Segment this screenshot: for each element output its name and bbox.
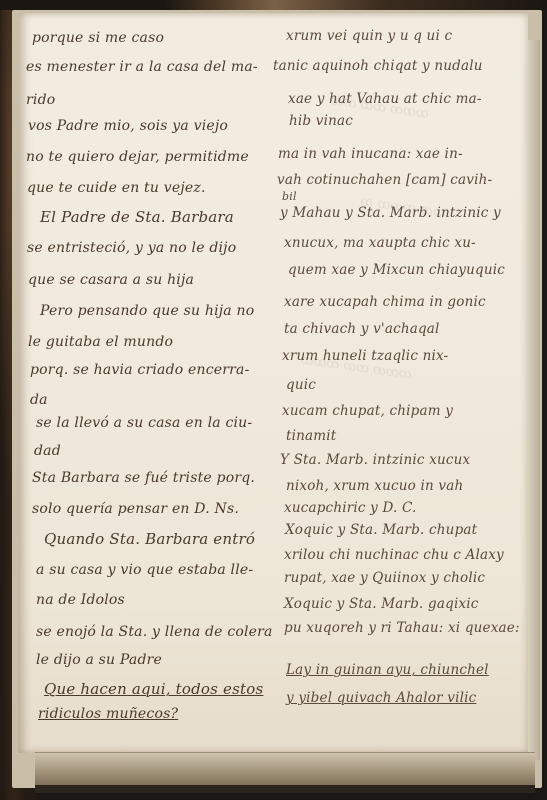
right-line: rupat, xae y Quiinox y cholic	[284, 570, 485, 586]
right-line: Y Sta. Marb. intzinic xucux	[280, 452, 470, 468]
right-line: tanic aquinoh chiqat y nudalu	[273, 58, 483, 74]
left-line: a su casa y vio que estaba lle-	[36, 562, 253, 578]
left-line: solo quería pensar en D. Ns.	[32, 501, 239, 517]
left-line: rido	[26, 92, 55, 108]
left-line: Pero pensando que su hija no	[40, 303, 254, 319]
top-cover-edge	[0, 0, 547, 10]
right-line: tinamit	[286, 428, 336, 444]
right-page-edge	[528, 40, 540, 760]
left-line: es menester ir a la casa del ma-	[26, 59, 258, 75]
left-line-underlined: Que hacen aqui, todos estos	[44, 680, 263, 698]
right-line: quem xae y Mixcun chiayuquic	[288, 262, 505, 278]
right-line: xrum huneli tzaqlic nix-	[282, 348, 448, 364]
left-line: El Padre de Sta. Barbara	[40, 208, 234, 226]
right-line: quic	[286, 377, 316, 393]
left-line: le dijo a su Padre	[36, 652, 162, 668]
left-line: na de Idolos	[36, 592, 125, 608]
right-line: bil	[282, 190, 297, 203]
bottom-page-edge	[35, 752, 535, 793]
left-line: Sta Barbara se fué triste porq.	[32, 470, 255, 486]
right-line: hib vinac	[289, 113, 353, 129]
left-line: porq. se havia criado encerra-	[30, 362, 250, 378]
right-line: pu xuqoreh y ri Tahau: xi quexae:	[284, 620, 520, 636]
right-line: xrilou chi nuchinac chu c Alaxy	[284, 547, 504, 563]
right-line: vah cotinuchahen [cam] cavih-	[277, 172, 492, 188]
left-line: Quando Sta. Barbara entró	[44, 530, 255, 548]
left-line: se la llevó a su casa en la ciu-	[36, 415, 252, 431]
left-line: se entristeció, y ya no le dijo	[27, 240, 236, 256]
left-line: no te quiero dejar, permitidme	[26, 149, 249, 165]
right-line-underlined: Lay in guinan ayu, chiunchel	[286, 662, 489, 678]
right-line: xucapchiric y D. C.	[284, 500, 417, 516]
right-line: xrum vei quin y u q ui c	[286, 28, 452, 44]
right-line: Xoquic y Sta. Marb. chupat	[285, 522, 477, 538]
left-line: que se casara a su hija	[28, 272, 194, 288]
left-line: vos Padre mio, sois ya viejo	[28, 118, 228, 134]
right-line: ma in vah inucana: xae in-	[278, 146, 463, 162]
right-line: Xoquic y Sta. Marb. gaqixic	[284, 596, 479, 612]
left-line: que te cuide en tu vejez.	[27, 180, 206, 196]
right-line: ta chivach y v'achaqal	[284, 321, 440, 337]
right-line-underlined: y yibel quivach Ahalor vilic	[286, 690, 476, 706]
left-line: se enojó la Sta. y llena de colera	[36, 624, 273, 640]
left-line: porque si me caso	[32, 30, 164, 46]
right-line: xare xucapah chima in gonic	[284, 294, 486, 310]
left-line: da	[30, 392, 48, 408]
left-line: dad	[34, 443, 61, 459]
right-line: xae y hat Vahau at chic ma-	[288, 91, 482, 107]
right-line: y Mahau y Sta. Marb. intzinic y	[280, 205, 501, 221]
right-line: xnucux, ma xaupta chic xu-	[284, 235, 476, 251]
right-line: nixoh, xrum xucuo in vah	[286, 478, 463, 494]
left-line-underlined: ridiculos muñecos?	[38, 706, 178, 722]
right-line: xucam chupat, chipam y	[282, 403, 453, 419]
left-line: le guitaba el mundo	[28, 334, 173, 350]
